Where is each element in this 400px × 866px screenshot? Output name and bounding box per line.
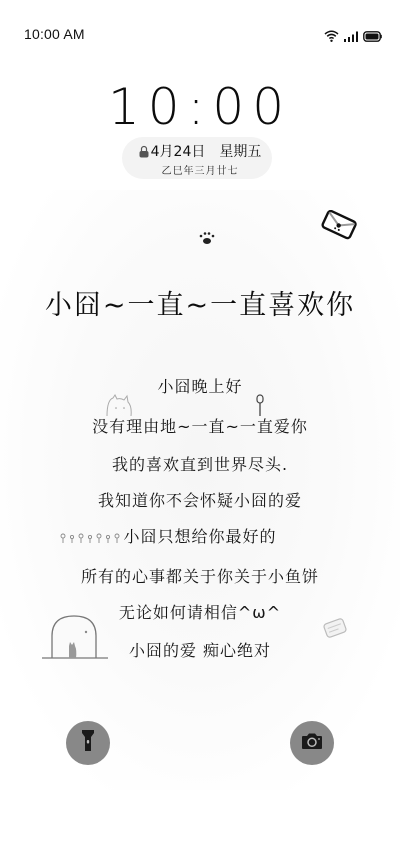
poem-line: 我的喜欢直到世界尽头. [0, 452, 400, 475]
wallpaper-headline: 小囧~一直~一直喜欢你 [0, 283, 400, 322]
battery-icon [363, 27, 382, 46]
wifi-icon [324, 27, 339, 46]
date-text: 4月24日 [151, 144, 206, 160]
status-time: 10:00 AM [24, 26, 85, 42]
poem-line: 小囧只想给你最好的 [0, 524, 400, 547]
status-bar: 10:00 AM [0, 0, 400, 70]
envelope-icon [320, 210, 360, 244]
lock-clock: 10:00 [0, 78, 400, 136]
camera-icon [301, 733, 323, 753]
poem-line: 小囧晚上好 [0, 374, 400, 397]
poem-line: 所有的心事都关于你关于小鱼饼 [0, 564, 400, 587]
flashlight-button[interactable] [66, 721, 110, 765]
paw-icon [198, 230, 216, 249]
camera-button[interactable] [290, 721, 334, 765]
lock-icon [139, 145, 149, 162]
poem-line: 无论如何请相信^ω^ [0, 600, 400, 623]
status-icons [324, 27, 382, 46]
signal-icon [344, 27, 358, 46]
poem-line: 没有理由地~一直~一直爱你 [0, 414, 400, 437]
lunar-date: 乙巳年三月廿七 [0, 162, 400, 177]
flashlight-icon [82, 730, 94, 756]
date-row: 4月24日星期五 [0, 141, 400, 162]
poem-line: 小囧的爱 痴心绝对 [0, 638, 400, 661]
poem-line: 我知道你不会怀疑小囧的爱 [0, 488, 400, 511]
weekday-text: 星期五 [219, 144, 261, 160]
